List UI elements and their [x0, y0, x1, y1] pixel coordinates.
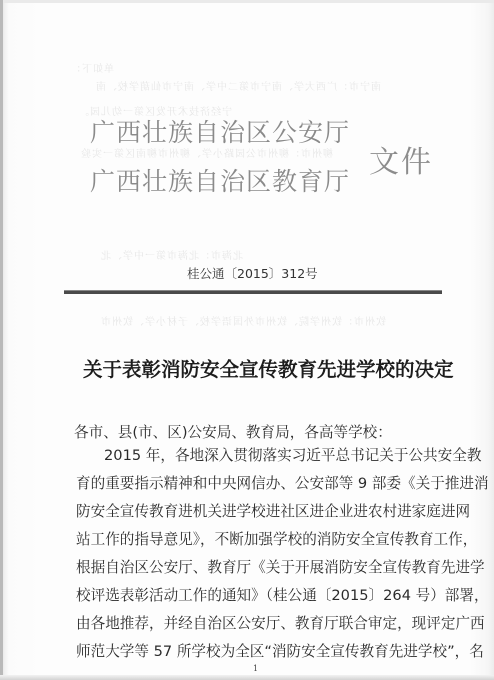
- body-line: 站工作的指导意见》，不断加强学校的消防安全宣传教育工作，: [76, 526, 446, 554]
- body-line: 师范大学等 57 所学校为全区“消防安全宣传教育先进学校”，名: [76, 638, 446, 666]
- header-separator: [64, 290, 442, 294]
- body-line: 校评选表彰活动工作的通知》（桂公通〔2015〕264 号）部署，: [76, 582, 446, 610]
- body-line: 防安全宣传教育进机关进学校进社区进企业进农村进家庭进网: [76, 498, 446, 526]
- body-line: 2015 年，各地深入贯彻落实习近平总书记关于公共安全教: [104, 442, 474, 470]
- issuer-public-security: 广西壮族自治区公安厅: [90, 113, 350, 149]
- bleed-through-text: 钦州市：钦州学院、钦州市外国语学校、子材小学、钦州市: [100, 313, 386, 328]
- body-line: 根据自治区公安厅、教育厅《关于开展消防安全宣传教育先进学: [76, 554, 446, 582]
- bleed-through-text: 南宁市：广西大学、南宁市第二中学、南宁市仙葫学校、南: [95, 78, 381, 93]
- body-line: 育的重要指示精神和中央网信办、公安部等 9 部委《关于推进消: [76, 470, 446, 498]
- document-title: 关于表彰消防安全宣传教育先进学校的决定: [83, 354, 454, 382]
- bleed-through-text: 单如下：: [70, 60, 114, 75]
- body-line: 由各地推荐，并经自治区公安厅、教育厅联合审定，现评定广西: [76, 610, 446, 638]
- scanned-document-page: 单如下： 南宁市：广西大学、南宁市第二中学、南宁市仙葫学校、南 宁经济技术开发区…: [0, 0, 494, 680]
- salutation: 各市、县(市、区)公安局、教育局，各高等学校：: [74, 421, 444, 442]
- bleed-through-text: 北海市：北海市第一中学、北: [100, 247, 243, 262]
- page-left-edge: [0, 0, 3, 680]
- document-label: 文件: [369, 137, 433, 181]
- issuer-education: 广西壮族自治区教育厅: [90, 162, 350, 198]
- page-number: 1: [253, 664, 258, 673]
- page-bottom-edge: [0, 675, 494, 680]
- page-top-edge: [0, 0, 494, 3]
- document-number: 桂公通〔2015〕312号: [187, 264, 318, 282]
